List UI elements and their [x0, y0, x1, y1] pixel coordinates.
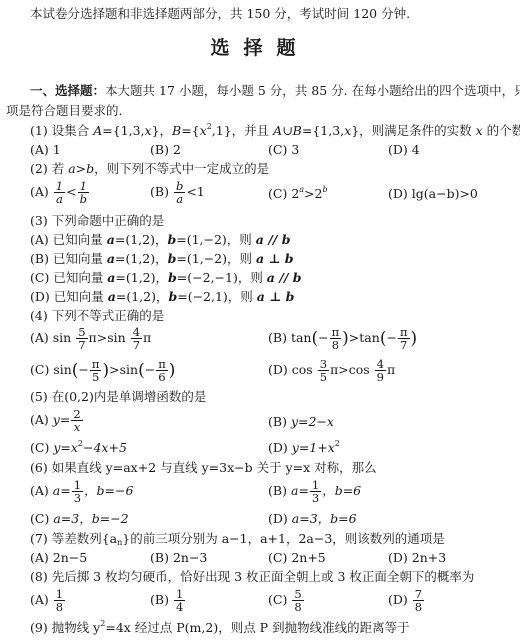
q8-option-a: (A) 18 — [30, 588, 66, 613]
question-5: (5) 在(0,2)内是单调增函数的是 — [30, 389, 206, 405]
q8-option-d: (D) 78 — [388, 588, 425, 613]
q5-option-b: (B) y=2−x — [268, 414, 334, 430]
q3-option-b: (B) 已知向量 a=(1,2)，b=(1,−2)，则 a ⊥ b — [30, 251, 294, 267]
q1-option-d: (D) 4 — [388, 142, 420, 158]
q4-option-a: (A) sin 57π>sin 47π — [30, 326, 151, 351]
q8-option-b: (B) 14 — [150, 588, 186, 613]
q4-option-b: (B) tan(−π8)>tan(−π7) — [268, 326, 417, 351]
q3-option-c: (C) 已知向量 a=(1,2)，b=(−2,−1)，则 a // b — [30, 270, 301, 286]
q5-option-c: (C) y=x2−4x+5 — [30, 440, 127, 456]
question-8: (8) 先后掷 3 枚均匀硬币，恰好出现 3 枚正面全朝上或 3 枚正面全朝下的… — [30, 569, 474, 585]
q3-option-d: (D) 已知向量 a=(1,2)，b=(−2,1)，则 a ⊥ b — [30, 289, 294, 305]
q2-option-c: (C) 2a>2b — [268, 186, 328, 202]
section-label: 一、选择题： — [30, 83, 105, 98]
q2-option-d: (D) lg(a−b)>0 — [388, 186, 478, 202]
q7-option-a: (A) 2n−5 — [30, 550, 87, 566]
q7-option-d: (D) 2n+3 — [388, 550, 446, 566]
q7-option-c: (C) 2n+5 — [268, 550, 326, 566]
q6-option-b: (B) a=13，b=6 — [268, 479, 361, 504]
q1-option-b: (B) 2 — [150, 142, 181, 158]
q4-option-d: (D) cos 35π>cos 49π — [268, 358, 395, 383]
q1-option-a: (A) 1 — [30, 142, 61, 158]
q5-option-a: (A) y=2x — [30, 408, 84, 433]
question-2: (2) 若 a>b，则下列不等式中一定成立的是 — [30, 161, 269, 177]
q6-option-c: (C) a=3，b=−2 — [30, 511, 129, 527]
q2-option-b: (B) ba<1 — [150, 180, 205, 205]
question-9: (9) 抛物线 y2=4x 经过点 P(m,2)，则点 P 到抛物线准线的距离等… — [30, 620, 410, 636]
q5-option-d: (D) y=1+x2 — [268, 440, 340, 456]
exam-intro: 本试卷分选择题和非选择题两部分，共 150 分，考试时间 120 分钟. — [30, 6, 410, 22]
question-4: (4) 下列不等式正确的是 — [30, 308, 164, 324]
q2-option-a: (A) 1a<1b — [30, 180, 90, 205]
section-instructions: 一、选择题：本大题共 17 小题，每小题 5 分，共 85 分. 在每小题给出的… — [30, 83, 520, 99]
question-1: (1) 设集合 A={1,3,x}，B={x2,1}，并且 A∪B={1,3,x… — [30, 123, 520, 139]
q3-option-a: (A) 已知向量 a=(1,2)，b=(1,−2)，则 a // b — [30, 232, 290, 248]
q6-option-a: (A) a=13，b=−6 — [30, 479, 133, 504]
q4-option-c: (C) sin(−π5)>sin(−π6) — [30, 358, 175, 383]
question-6: (6) 如果直线 y=ax+2 与直线 y=3x−b 关于 y=x 对称，那么 — [30, 460, 377, 476]
section-title: 选择题 — [0, 40, 520, 56]
q1-option-c: (C) 3 — [268, 142, 299, 158]
q7-option-b: (B) 2n−3 — [150, 550, 207, 566]
section-instructions-cont: 项是符合题目要求的. — [6, 103, 122, 119]
q8-option-c: (C) 58 — [268, 588, 305, 613]
question-3: (3) 下列命题中正确的是 — [30, 213, 164, 229]
question-7: (7) 等差数列{an}的前三项分别为 a−1，a+1，2a−3，则该数列的通项… — [30, 531, 445, 547]
q6-option-d: (D) a=3，b=6 — [268, 511, 357, 527]
